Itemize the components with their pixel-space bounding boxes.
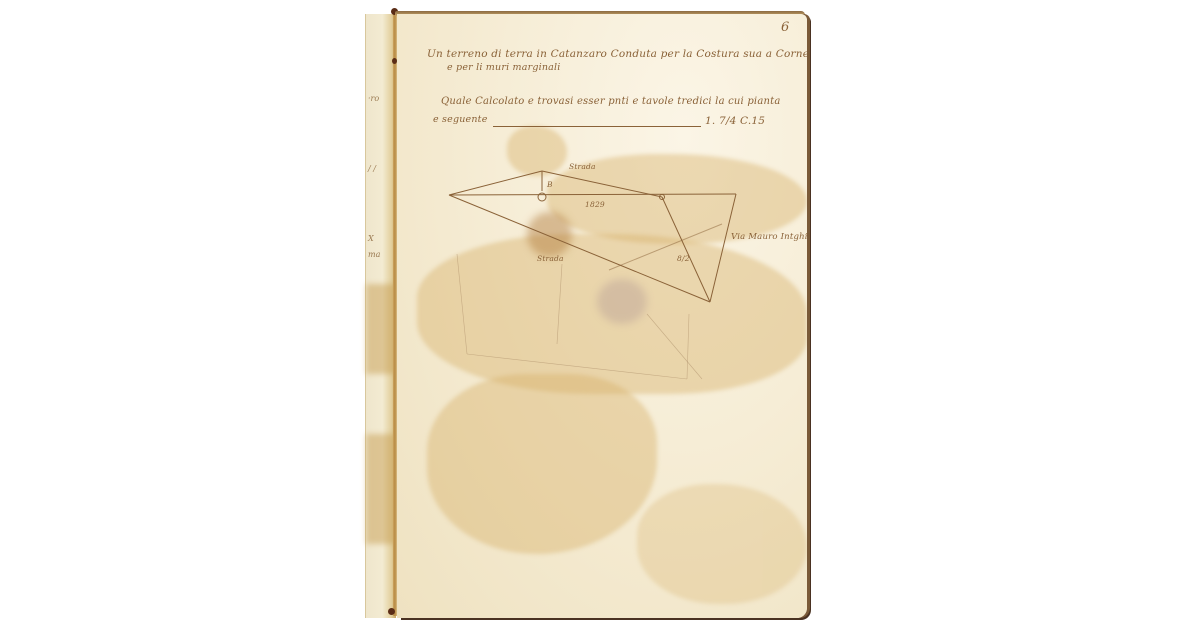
manuscript-book: ·ro / / X ma 6 Un terreno di terra in Ca… <box>362 8 814 620</box>
diagram-label-right: 8/2 <box>677 254 690 263</box>
diagram-label-apex: B <box>547 180 553 189</box>
diagram-label-lower: Strada <box>537 254 564 263</box>
left-page-edge: ·ro / / X ma <box>365 14 396 618</box>
margin-note: Via Mauro Intghina <box>731 232 807 242</box>
manuscript-page: 6 Un terreno di terra in Catanzaro Condu… <box>397 14 807 618</box>
binding-knot-bottom <box>388 608 395 615</box>
diagram-label-top: Strada <box>569 162 596 171</box>
survey-diagram <box>397 14 807 618</box>
diagram-label-center: 1829 <box>585 200 605 209</box>
